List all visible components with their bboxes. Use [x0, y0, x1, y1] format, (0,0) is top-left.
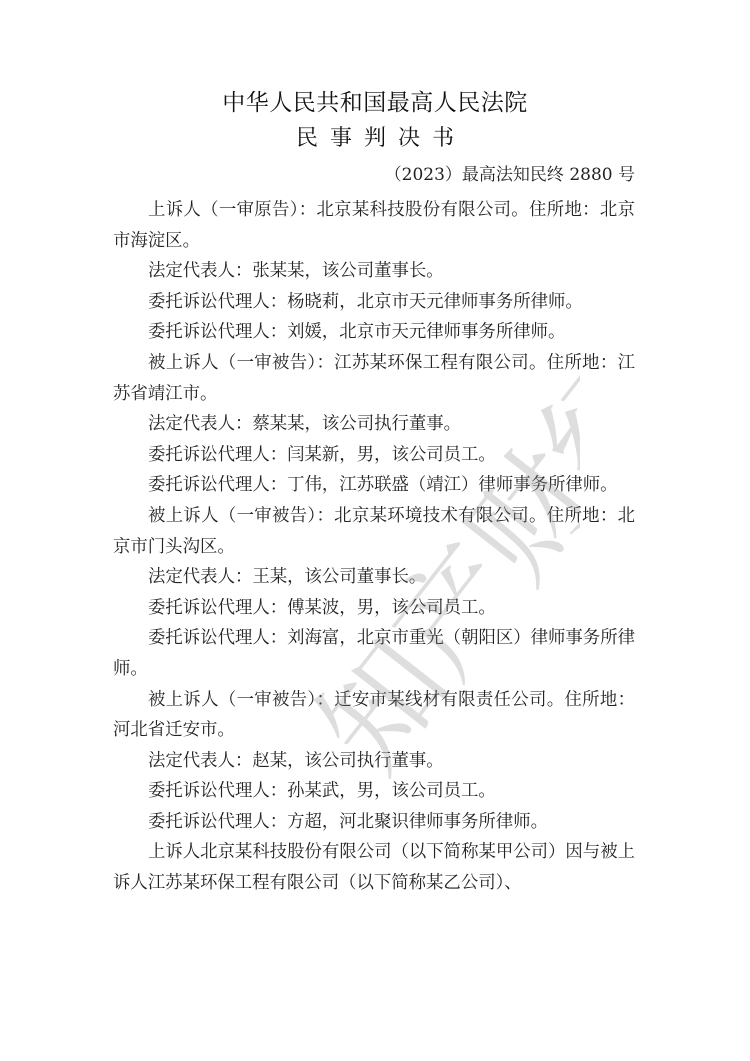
litigation-agent: 委托诉讼代理人：杨晓莉，北京市天元律师事务所律师。 — [113, 287, 635, 318]
party-appellee: 被上诉人（一审被告）：江苏某环保工程有限公司。住所地：江苏省靖江市。 — [113, 348, 635, 409]
litigation-agent: 委托诉讼代理人：刘海富，北京市重光（朝阳区）律师事务所律师。 — [113, 623, 635, 684]
case-number: （2023）最高法知民终 2880 号 — [385, 162, 635, 188]
legal-representative: 法定代表人：蔡某某，该公司执行董事。 — [113, 409, 635, 440]
litigation-agent: 委托诉讼代理人：方超，河北聚识律师事务所律师。 — [113, 807, 635, 838]
litigation-agent: 委托诉讼代理人：傅某波，男，该公司员工。 — [113, 593, 635, 624]
court-name-title: 中华人民共和国最高人民法院 — [0, 88, 750, 118]
judgment-body: 上诉人（一审原告）：北京某科技股份有限公司。住所地：北京市海淀区。 法定代表人：… — [113, 195, 635, 899]
litigation-agent: 委托诉讼代理人：孙某武，男，该公司员工。 — [113, 776, 635, 807]
legal-representative: 法定代表人：王某，该公司董事长。 — [113, 562, 635, 593]
document-page: 中华人民共和国最高人民法院 民事判决书 （2023）最高法知民终 2880 号 … — [0, 0, 750, 1061]
litigation-agent: 委托诉讼代理人：闫某新，男，该公司员工。 — [113, 440, 635, 471]
legal-representative: 法定代表人：张某某，该公司董事长。 — [113, 256, 635, 287]
party-appellee: 被上诉人（一审被告）：迁安市某线材有限责任公司。住所地：河北省迁安市。 — [113, 685, 635, 746]
party-appellant: 上诉人（一审原告）：北京某科技股份有限公司。住所地：北京市海淀区。 — [113, 195, 635, 256]
litigation-agent: 委托诉讼代理人：刘媛，北京市天元律师事务所律师。 — [113, 317, 635, 348]
party-appellee: 被上诉人（一审被告）：北京某环境技术有限公司。住所地：北京市门头沟区。 — [113, 501, 635, 562]
case-summary-paragraph: 上诉人北京某科技股份有限公司（以下简称某甲公司）因与被上诉人江苏某环保工程有限公… — [113, 837, 635, 898]
litigation-agent: 委托诉讼代理人：丁伟，江苏联盛（靖江）律师事务所律师。 — [113, 470, 635, 501]
legal-representative: 法定代表人：赵某，该公司执行董事。 — [113, 746, 635, 777]
document-type-title: 民事判决书 — [0, 124, 750, 154]
